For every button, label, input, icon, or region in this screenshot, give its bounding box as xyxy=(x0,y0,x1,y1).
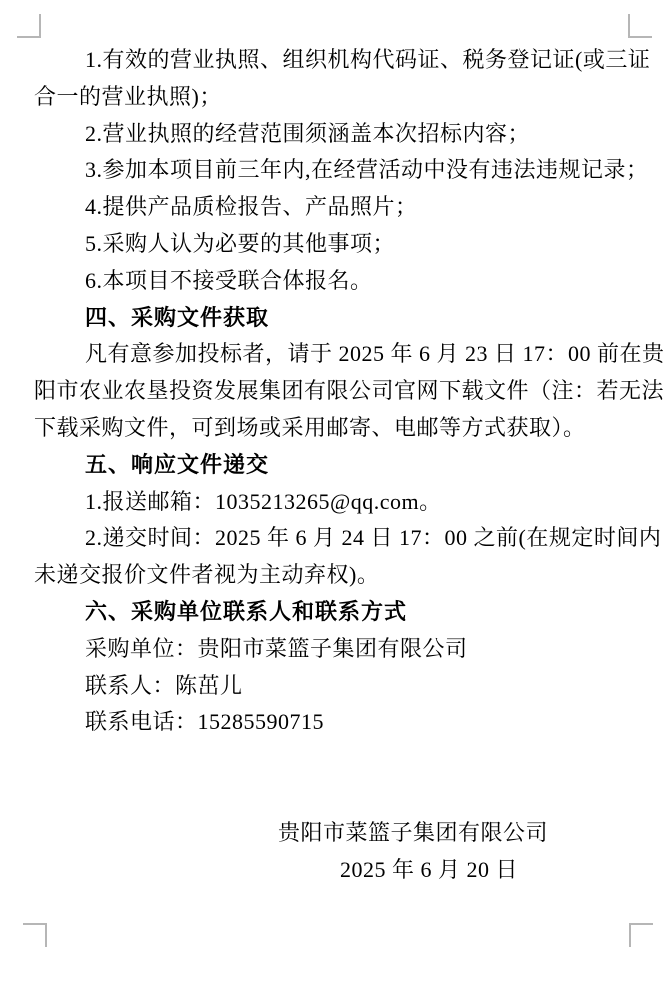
acquisition-paragraph-line-1: 凡有意参加投标者，请于 2025 年 6 月 23 日 17：00 前在贵 xyxy=(34,336,630,373)
section-heading-contact-info: 六、采购单位联系人和联系方式 xyxy=(34,594,630,631)
qualification-item-5: 5.采购人认为必要的其他事项； xyxy=(34,226,630,263)
section-heading-response-submission: 五、响应文件递交 xyxy=(34,447,630,484)
contact-person-line: 联系人：陈茁儿 xyxy=(34,668,630,705)
text-boundary-mark-bottom-left xyxy=(23,923,47,947)
contact-phone-line: 联系电话：15285590715 xyxy=(34,704,630,741)
section-heading-document-acquisition: 四、采购文件获取 xyxy=(34,300,630,337)
acquisition-paragraph-line-2: 阳市农业农垦投资发展集团有限公司官网下载文件（注：若无法 xyxy=(34,373,630,410)
qualification-item-2: 2.营业执照的经营范围须涵盖本次招标内容； xyxy=(34,116,630,153)
document-content: 1.有效的营业执照、组织机构代码证、税务登记证(或三证 合一的营业执照)； 2.… xyxy=(34,42,630,889)
submission-deadline-line-1: 2.递交时间：2025 年 6 月 24 日 17：00 之前(在规定时间内 xyxy=(34,520,630,557)
qualification-item-1-line-2: 合一的营业执照)； xyxy=(34,79,630,116)
submission-deadline-line-2: 未递交报价文件者视为主动弃权)。 xyxy=(34,557,630,594)
qualification-item-1-line-1: 1.有效的营业执照、组织机构代码证、税务登记证(或三证 xyxy=(34,42,630,79)
text-boundary-mark-top-right xyxy=(628,14,652,38)
acquisition-paragraph-line-3: 下载采购文件，可到场或采用邮寄、电邮等方式获取）。 xyxy=(34,410,630,447)
signature-date: 2025 年 6 月 20 日 xyxy=(34,852,630,889)
purchaser-line: 采购单位：贵阳市菜篮子集团有限公司 xyxy=(34,631,630,668)
blank-space xyxy=(34,741,630,815)
text-boundary-mark-top-left xyxy=(17,14,41,38)
qualification-item-3: 3.参加本项目前三年内,在经营活动中没有违法违规记录； xyxy=(34,152,630,189)
text-boundary-mark-bottom-right xyxy=(629,923,653,947)
signature-company: 贵阳市菜篮子集团有限公司 xyxy=(34,815,630,852)
document-page: 1.有效的营业执照、组织机构代码证、税务登记证(或三证 合一的营业执照)； 2.… xyxy=(0,0,664,984)
qualification-item-4: 4.提供产品质检报告、产品照片； xyxy=(34,189,630,226)
qualification-item-6: 6.本项目不接受联合体报名。 xyxy=(34,263,630,300)
submission-email-line: 1.报送邮箱：1035213265@qq.com。 xyxy=(34,484,630,521)
